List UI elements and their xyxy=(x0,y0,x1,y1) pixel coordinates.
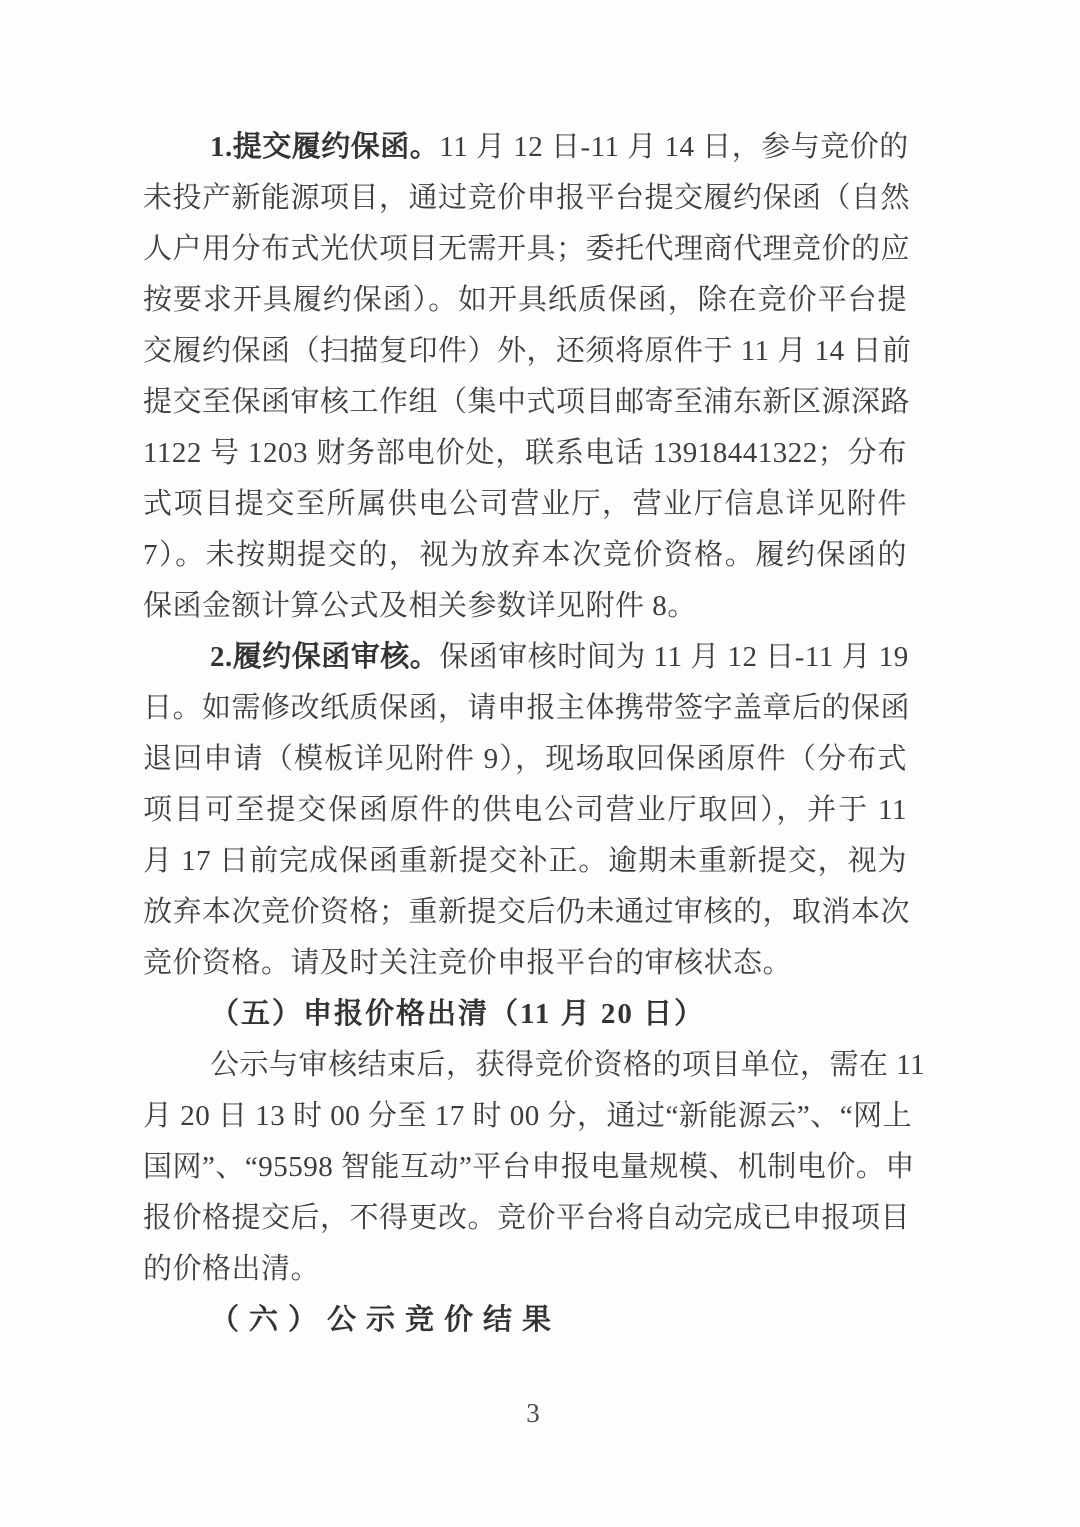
text-run: 公示与审核结束后，获得竞价资格的项目单位，需在 11 xyxy=(210,1049,925,1081)
text-run: 保函金额计算公式及相关参数详见附件 8。 xyxy=(143,590,697,622)
section-heading: （六）公示竞价结果 xyxy=(143,1295,907,1346)
text-line: 退回申请（模板详见附件 9），现场取回保函原件（分布式 xyxy=(143,734,907,785)
text-line: 未投产新能源项目，通过竞价申报平台提交履约保函（自然 xyxy=(143,173,907,224)
text-line: 月 20 日 13 时 00 分至 17 时 00 分，通过“新能源云”、“网上 xyxy=(143,1091,907,1142)
text-run: 交履约保函（扫描复印件）外，还须将原件于 11 月 14 日前 xyxy=(143,335,911,367)
bold-run: 1.提交履约保函。 xyxy=(210,131,439,163)
text-line: 1122 号 1203 财务部电价处，联系电话 13918441322；分布 xyxy=(143,428,907,479)
text-run: 式项目提交至所属供电公司营业厅，营业厅信息详见附件 xyxy=(143,488,907,520)
bold-run: （五）申报价格出清（11 月 20 日） xyxy=(210,998,705,1030)
page-number: 3 xyxy=(0,1398,1080,1429)
text-run: 日。如需修改纸质保函，请申报主体携带签字盖章后的保函 xyxy=(143,692,910,724)
text-run: 月 17 日前完成保函重新提交补正。逾期未重新提交，视为 xyxy=(143,845,907,877)
text-line: 保函金额计算公式及相关参数详见附件 8。 xyxy=(143,581,907,632)
section-heading: （五）申报价格出清（11 月 20 日） xyxy=(143,989,907,1040)
text-run: 1122 号 1203 财务部电价处，联系电话 13918441322；分布 xyxy=(143,437,907,469)
text-line: 人户用分布式光伏项目无需开具；委托代理商代理竞价的应 xyxy=(143,224,907,275)
text-line: 按要求开具履约保函）。如开具纸质保函，除在竞价平台提 xyxy=(143,275,907,326)
text-line: 放弃本次竞价资格；重新提交后仍未通过审核的，取消本次 xyxy=(143,887,907,938)
text-line: 提交至保函审核工作组（集中式项目邮寄至浦东新区源深路 xyxy=(143,377,907,428)
text-run: 月 20 日 13 时 00 分至 17 时 00 分，通过“新能源云”、“网上 xyxy=(143,1100,912,1132)
document-page: 1.提交履约保函。11 月 12 日-11 月 14 日，参与竞价的未投产新能源… xyxy=(0,0,1080,1527)
text-line: 式项目提交至所属供电公司营业厅，营业厅信息详见附件 xyxy=(143,479,907,530)
text-run: 保函审核时间为 11 月 12 日-11 月 19 xyxy=(439,641,909,673)
text-line: 竞价资格。请及时关注竞价申报平台的审核状态。 xyxy=(143,938,907,989)
text-block: 1.提交履约保函。11 月 12 日-11 月 14 日，参与竞价的未投产新能源… xyxy=(143,122,907,1346)
text-line: 月 17 日前完成保函重新提交补正。逾期未重新提交，视为 xyxy=(143,836,907,887)
text-run: 11 月 12 日-11 月 14 日，参与竞价的 xyxy=(439,131,909,163)
text-run: 人户用分布式光伏项目无需开具；委托代理商代理竞价的应 xyxy=(143,233,910,265)
text-run: 退回申请（模板详见附件 9），现场取回保函原件（分布式 xyxy=(143,743,907,775)
text-run: 放弃本次竞价资格；重新提交后仍未通过审核的，取消本次 xyxy=(143,896,910,928)
text-line: 2.履约保函审核。保函审核时间为 11 月 12 日-11 月 19 xyxy=(143,632,907,683)
text-run: 提交至保函审核工作组（集中式项目邮寄至浦东新区源深路 xyxy=(143,386,910,418)
text-line: 7）。未按期提交的，视为放弃本次竞价资格。履约保函的 xyxy=(143,530,907,581)
text-run: 竞价资格。请及时关注竞价申报平台的审核状态。 xyxy=(143,947,792,979)
text-run: 按要求开具履约保函）。如开具纸质保函，除在竞价平台提 xyxy=(143,284,907,316)
text-run: 未投产新能源项目，通过竞价申报平台提交履约保函（自然 xyxy=(143,182,910,214)
text-run: 国网”、“95598 智能互动”平台申报电量规模、机制电价。申 xyxy=(143,1151,915,1183)
text-run: 报价格提交后，不得更改。竞价平台将自动完成已申报项目 xyxy=(143,1202,910,1234)
text-line: 交履约保函（扫描复印件）外，还须将原件于 11 月 14 日前 xyxy=(143,326,907,377)
bold-run: 2.履约保函审核。 xyxy=(210,641,439,673)
text-line: 项目可至提交保函原件的供电公司营业厅取回），并于 11 xyxy=(143,785,907,836)
text-line: 报价格提交后，不得更改。竞价平台将自动完成已申报项目 xyxy=(143,1193,907,1244)
bold-run: （六）公示竞价结果 xyxy=(210,1304,561,1336)
text-line: 日。如需修改纸质保函，请申报主体携带签字盖章后的保函 xyxy=(143,683,907,734)
text-run: 的价格出清。 xyxy=(143,1253,320,1285)
text-line: 国网”、“95598 智能互动”平台申报电量规模、机制电价。申 xyxy=(143,1142,907,1193)
text-line: 公示与审核结束后，获得竞价资格的项目单位，需在 11 xyxy=(143,1040,907,1091)
text-line: 1.提交履约保函。11 月 12 日-11 月 14 日，参与竞价的 xyxy=(143,122,907,173)
text-run: 项目可至提交保函原件的供电公司营业厅取回），并于 11 xyxy=(143,794,907,826)
text-run: 7）。未按期提交的，视为放弃本次竞价资格。履约保函的 xyxy=(143,539,907,571)
text-line: 的价格出清。 xyxy=(143,1244,907,1295)
